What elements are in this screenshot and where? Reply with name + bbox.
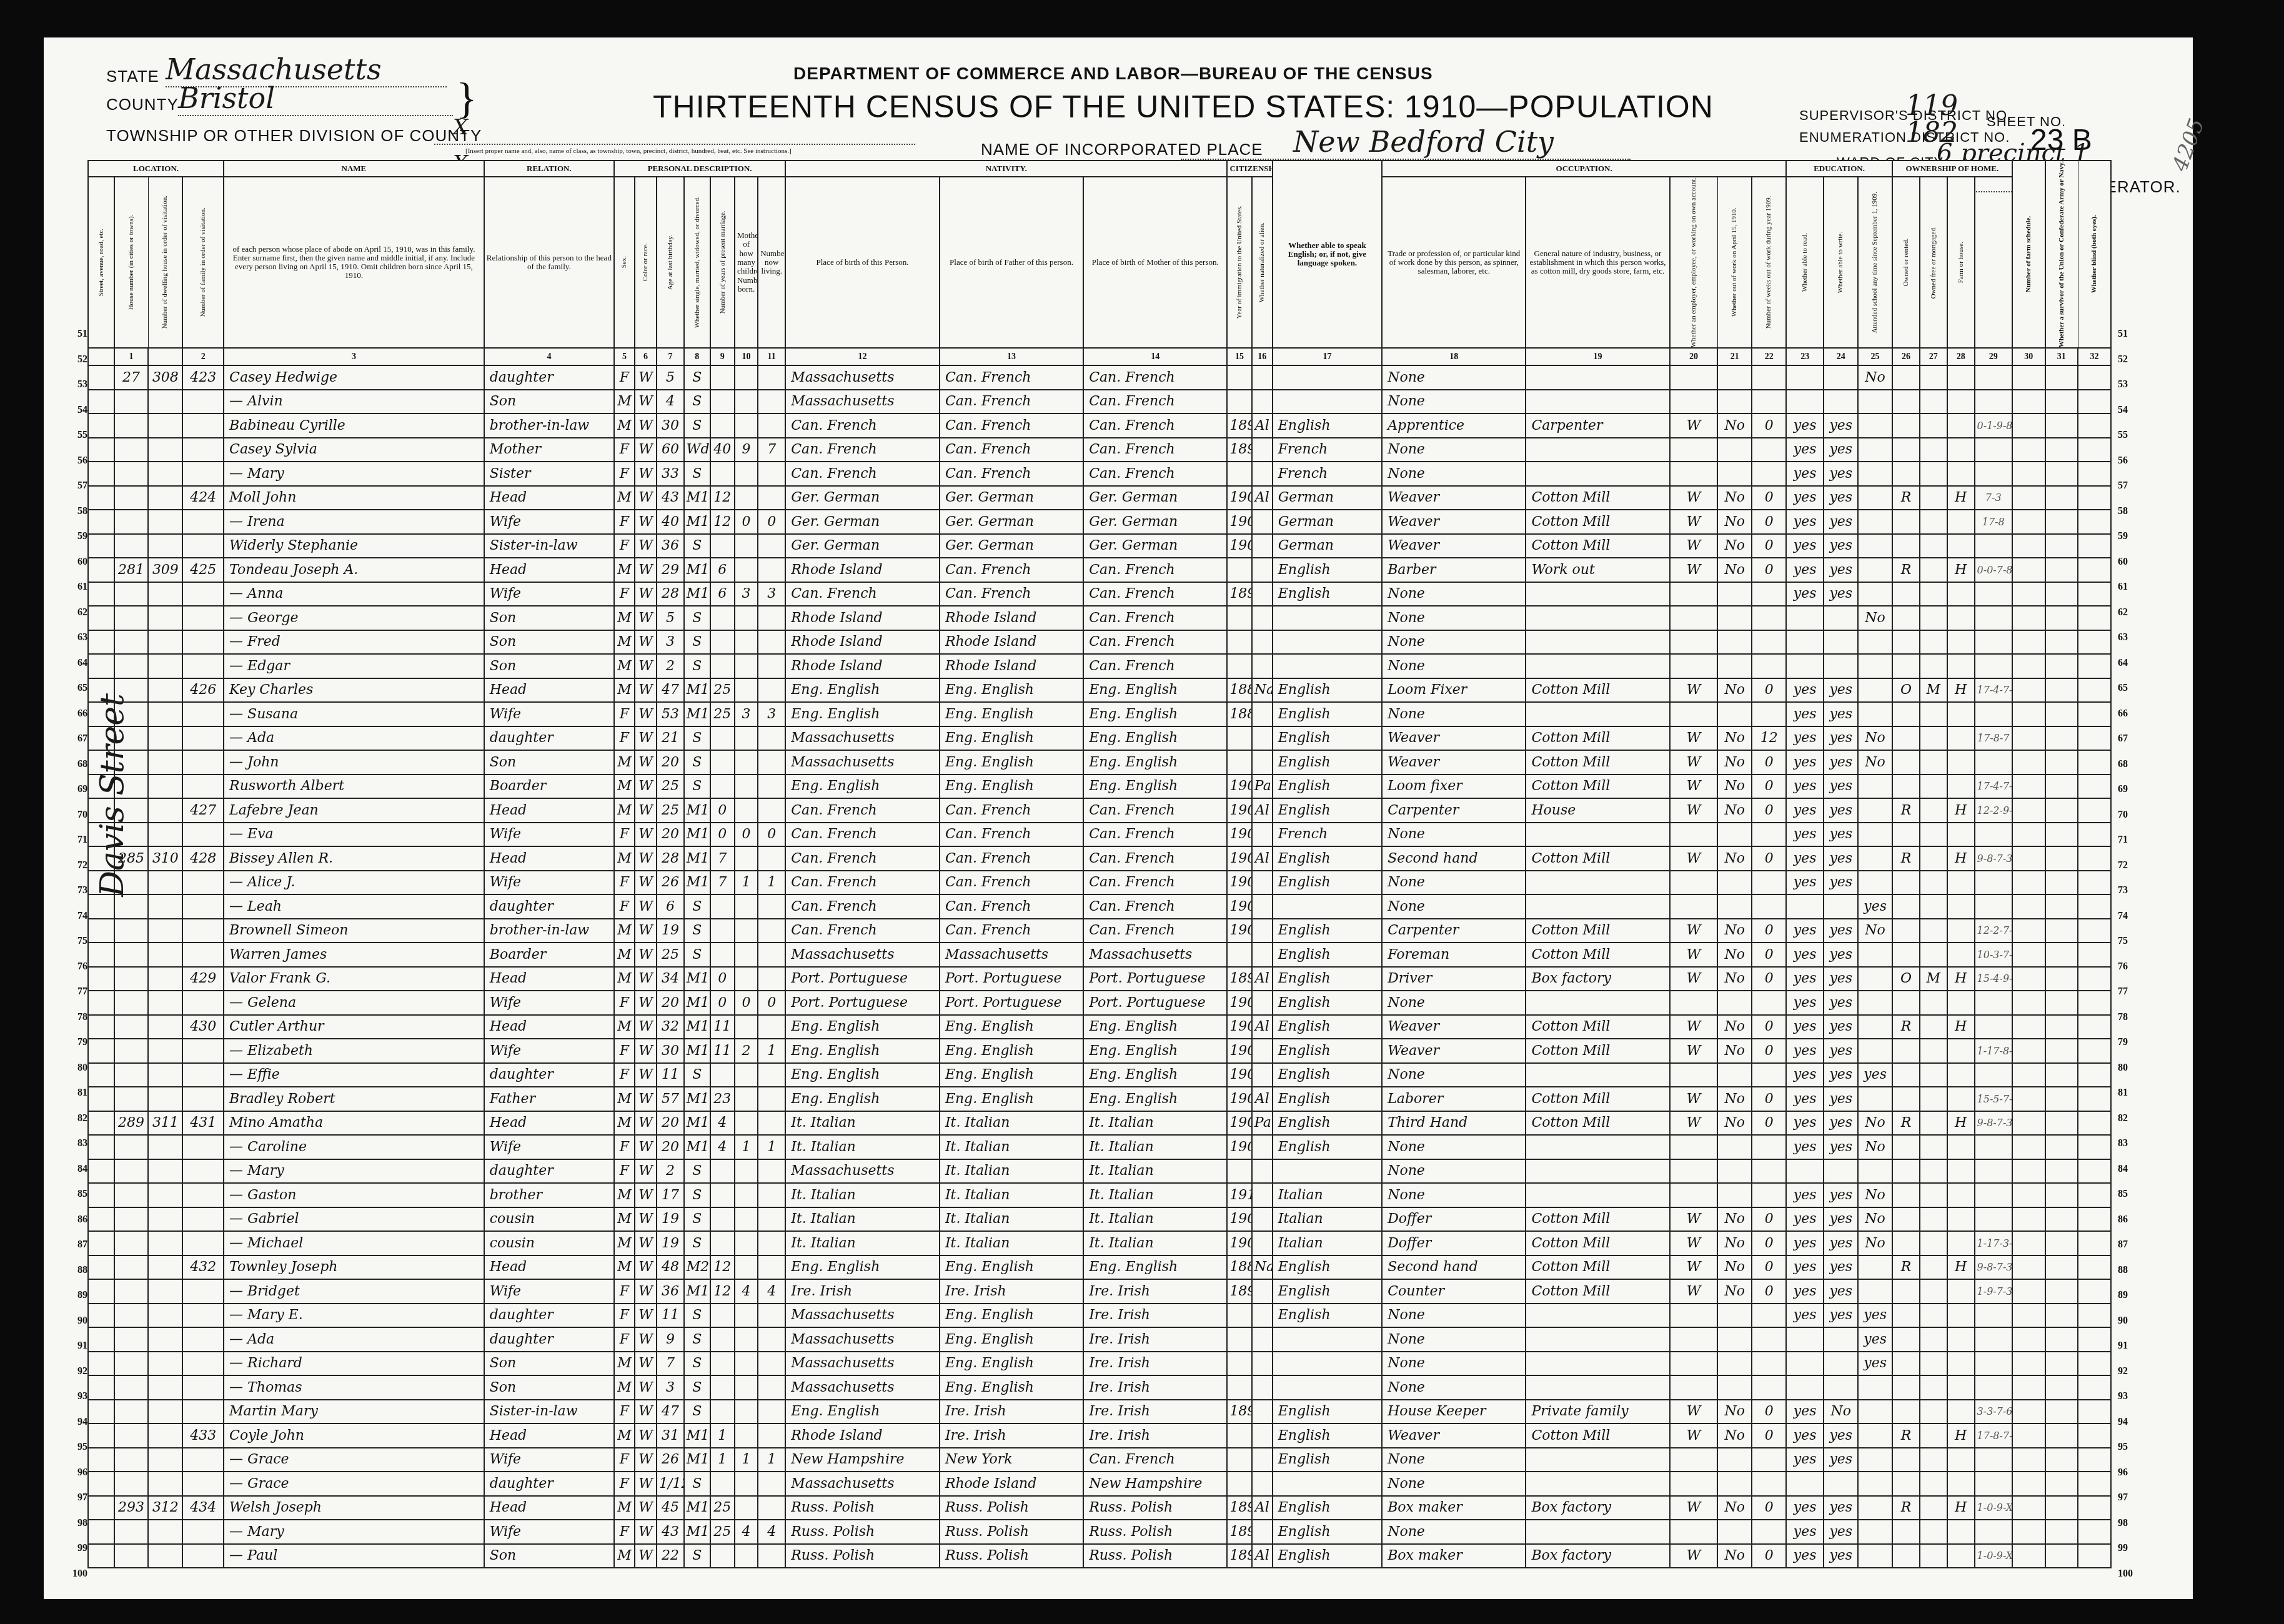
cell-imm: 1908 <box>1227 1039 1251 1063</box>
cell-farm <box>1947 1279 1975 1304</box>
cell-house <box>114 823 149 847</box>
cell-empty <box>88 1207 114 1232</box>
cell-lang: French <box>1273 823 1382 847</box>
cell-yrs <box>710 462 735 486</box>
cell-relation: Head <box>484 1111 614 1136</box>
cell-nat: Al <box>1252 1015 1273 1039</box>
cell-yrs: 1 <box>710 1423 735 1448</box>
cell-race: W <box>635 1231 657 1255</box>
line-number-right: 55 <box>2118 430 2143 441</box>
cell-empty <box>2012 1111 2045 1136</box>
cell-school <box>1858 823 1892 847</box>
cell-empty <box>2078 1304 2111 1328</box>
cell-empty <box>88 702 114 726</box>
line-number-right: 100 <box>2118 1568 2143 1580</box>
cell-family <box>182 1375 224 1400</box>
cell-relation: Son <box>484 1544 614 1568</box>
cell-race: W <box>635 654 657 678</box>
cell-pob_f: Eng. English <box>940 1304 1083 1328</box>
line-number-right: 52 <box>2118 354 2143 365</box>
cell-empty <box>88 846 114 871</box>
cell-mort <box>1920 798 1947 823</box>
state-label: STATE <box>106 67 159 86</box>
cell-sex: F <box>614 462 635 486</box>
cell-age: 17 <box>657 1183 684 1207</box>
cell-read: yes <box>1786 1111 1824 1136</box>
column-number: 2 <box>182 348 224 365</box>
cell-oow <box>1717 1063 1752 1087</box>
cell-name: Coyle John <box>224 1423 484 1448</box>
cell-born: 1 <box>735 871 758 895</box>
cell-empty <box>2012 654 2045 678</box>
cell-oow <box>1717 606 1752 630</box>
cell-empty <box>2078 967 2111 991</box>
cell-nat <box>1252 943 1273 967</box>
cell-sex: M <box>614 943 635 967</box>
cell-pob_m: Eng. English <box>1083 1015 1227 1039</box>
cell-trade: Box maker <box>1382 1544 1526 1568</box>
cell-empty <box>2012 702 2045 726</box>
cell-industry: Carpenter <box>1526 413 1669 438</box>
cell-pob_m: Can. French <box>1083 823 1227 847</box>
cell-pob_f: It. Italian <box>940 1207 1083 1232</box>
cell-empty <box>2078 943 2111 967</box>
cell-pob_f: Russ. Polish <box>940 1544 1083 1568</box>
cell-own <box>1892 1352 1920 1376</box>
cell-race: W <box>635 823 657 847</box>
cell-oow: No <box>1717 846 1752 871</box>
cell-nat <box>1252 1207 1273 1232</box>
cell-codes <box>1975 702 2012 726</box>
cell-empty <box>88 1231 114 1255</box>
cell-name: — Alvin <box>224 390 484 414</box>
column-number: 12 <box>785 348 940 365</box>
cell-nat: Al <box>1252 486 1273 510</box>
cell-age: 11 <box>657 1063 684 1087</box>
cell-trade: None <box>1382 654 1526 678</box>
cell-pob_f: New York <box>940 1448 1083 1472</box>
cell-pob: Eng. English <box>785 1039 940 1063</box>
cell-living <box>758 1423 785 1448</box>
cell-house <box>114 702 149 726</box>
cell-marital: M1 <box>684 510 710 534</box>
cell-read: yes <box>1786 413 1824 438</box>
cell-relation: Wife <box>484 1448 614 1472</box>
cell-age: 29 <box>657 558 684 582</box>
cell-race: W <box>635 534 657 558</box>
cell-living <box>758 678 785 703</box>
cell-pob_m: Can. French <box>1083 1448 1227 1472</box>
line-number-right: 80 <box>2118 1062 2143 1074</box>
cell-house <box>114 1448 149 1472</box>
cell-marital: M1 <box>684 967 710 991</box>
cell-nat <box>1252 630 1273 655</box>
cell-emp <box>1670 1304 1718 1328</box>
cell-empty <box>2078 1544 2111 1568</box>
cell-pob_f: Eng. English <box>940 702 1083 726</box>
cell-trade: Loom fixer <box>1382 775 1526 799</box>
cell-wks <box>1752 1135 1786 1159</box>
cell-empty <box>88 750 114 775</box>
cell-pob: Massachusetts <box>785 1352 940 1376</box>
cell-yrs: 1 <box>710 1448 735 1472</box>
cell-read <box>1786 390 1824 414</box>
cell-yrs: 23 <box>710 1087 735 1111</box>
cell-empty <box>2078 823 2111 847</box>
cell-write <box>1824 1472 1858 1496</box>
group-header-row: LOCATION. NAME RELATION. PERSONAL DESCRI… <box>88 161 2111 177</box>
cell-pob_m: Eng. English <box>1083 750 1227 775</box>
cell-race: W <box>635 846 657 871</box>
cell-empty <box>2012 365 2045 390</box>
cell-name: — Irena <box>224 510 484 534</box>
cell-mort <box>1920 1448 1947 1472</box>
cell-age: 1/12 <box>657 1472 684 1496</box>
cell-wks <box>1752 1352 1786 1376</box>
census-row: 426Key CharlesHeadMW47M125Eng. EnglishEn… <box>88 678 2111 703</box>
cell-pob_f: It. Italian <box>940 1183 1083 1207</box>
cell-industry: Cotton Mill <box>1526 1039 1669 1063</box>
cell-relation: Head <box>484 846 614 871</box>
cell-pob_m: Can. French <box>1083 606 1227 630</box>
cell-race: W <box>635 1544 657 1568</box>
column-label: Whether an employer, employee, or workin… <box>1670 177 1718 348</box>
cell-nat <box>1252 462 1273 486</box>
cell-own <box>1892 1207 1920 1232</box>
cell-imm: 1906 <box>1227 871 1251 895</box>
cell-emp <box>1670 1448 1718 1472</box>
cell-own <box>1892 1183 1920 1207</box>
cell-codes: 17-8 <box>1975 510 2012 534</box>
cell-relation: Boarder <box>484 943 614 967</box>
cell-farm <box>1947 894 1975 919</box>
cell-living <box>758 390 785 414</box>
cell-oow: No <box>1717 943 1752 967</box>
cell-yrs <box>710 1544 735 1568</box>
cell-read: yes <box>1786 486 1824 510</box>
cell-yrs: 12 <box>710 1279 735 1304</box>
cell-yrs <box>710 1352 735 1376</box>
cell-race: W <box>635 558 657 582</box>
cell-emp: W <box>1670 775 1718 799</box>
cell-empty <box>2078 1231 2111 1255</box>
cell-wks <box>1752 1327 1786 1352</box>
cell-pob_f: Russ. Polish <box>940 1520 1083 1544</box>
cell-mort <box>1920 750 1947 775</box>
cell-farm <box>1947 438 1975 462</box>
cell-industry: Box factory <box>1526 1496 1669 1520</box>
cell-dwelling <box>148 750 182 775</box>
cell-pob: It. Italian <box>785 1231 940 1255</box>
cell-family <box>182 894 224 919</box>
cell-school <box>1858 582 1892 607</box>
cell-pob: Eng. English <box>785 678 940 703</box>
cell-own <box>1892 1063 1920 1087</box>
column-number: 19 <box>1526 348 1669 365</box>
cell-pob: Can. French <box>785 798 940 823</box>
cell-school: yes <box>1858 1063 1892 1087</box>
cell-pob: Massachusetts <box>785 1159 940 1184</box>
cell-dwelling <box>148 390 182 414</box>
cell-empty <box>2045 678 2078 703</box>
cell-school <box>1858 1400 1892 1424</box>
cell-empty <box>2078 678 2111 703</box>
cell-pob: Massachusetts <box>785 390 940 414</box>
cell-empty <box>2078 1207 2111 1232</box>
cell-empty <box>2012 726 2045 751</box>
census-row: — RichardSonMW7SMassachusettsEng. Englis… <box>88 1352 2111 1376</box>
cell-pob_m: It. Italian <box>1083 1159 1227 1184</box>
cell-living <box>758 413 785 438</box>
cell-trade: None <box>1382 365 1526 390</box>
cell-trade: None <box>1382 702 1526 726</box>
cell-empty <box>88 606 114 630</box>
cell-dwelling <box>148 967 182 991</box>
cell-pob: Russ. Polish <box>785 1544 940 1568</box>
cell-born <box>735 1375 758 1400</box>
cell-family: 424 <box>182 486 224 510</box>
cell-empty <box>2012 606 2045 630</box>
cell-wks: 0 <box>1752 1544 1786 1568</box>
cell-born <box>735 919 758 943</box>
cell-mort <box>1920 438 1947 462</box>
cell-relation: Head <box>484 1496 614 1520</box>
cell-read <box>1786 1327 1824 1352</box>
cell-codes: 9-8-7-3 <box>1975 846 2012 871</box>
cell-name: — George <box>224 606 484 630</box>
cell-write: yes <box>1824 1015 1858 1039</box>
census-row: 289311431Mino AmathaHeadMW20M14It. Itali… <box>88 1111 2111 1136</box>
cell-race: W <box>635 1352 657 1376</box>
cell-empty <box>2012 1472 2045 1496</box>
cell-own: R <box>1892 558 1920 582</box>
cell-relation: Mother <box>484 438 614 462</box>
cell-sex: F <box>614 702 635 726</box>
cell-empty <box>2078 1159 2111 1184</box>
cell-relation: Wife <box>484 1279 614 1304</box>
cell-family <box>182 775 224 799</box>
cell-yrs <box>710 534 735 558</box>
cell-wks <box>1752 654 1786 678</box>
cell-write: No <box>1824 1400 1858 1424</box>
cell-industry <box>1526 894 1669 919</box>
cell-name: — Caroline <box>224 1135 484 1159</box>
cell-imm: 1893 <box>1227 1496 1251 1520</box>
cell-mort <box>1920 1352 1947 1376</box>
cell-sex: F <box>614 1304 635 1328</box>
cell-dwelling: 311 <box>148 1111 182 1136</box>
cell-imm: 1909 <box>1227 1207 1251 1232</box>
cell-pob_f: Rhode Island <box>940 1472 1083 1496</box>
cell-lang: English <box>1273 919 1382 943</box>
cell-empty <box>2012 534 2045 558</box>
cell-codes: 1-17-3-7 <box>1975 1231 2012 1255</box>
cell-imm: 1908 <box>1227 1063 1251 1087</box>
cell-age: 57 <box>657 1087 684 1111</box>
cell-school <box>1858 1423 1892 1448</box>
cell-lang: English <box>1273 1423 1382 1448</box>
cell-race: W <box>635 943 657 967</box>
cell-own <box>1892 702 1920 726</box>
cell-sex: M <box>614 1015 635 1039</box>
cell-imm <box>1227 654 1251 678</box>
cell-lang: English <box>1273 1448 1382 1472</box>
cell-farm: H <box>1947 558 1975 582</box>
cell-trade: None <box>1382 1135 1526 1159</box>
column-number: 5 <box>614 348 635 365</box>
cell-pob_m: Can. French <box>1083 365 1227 390</box>
cell-pob: It. Italian <box>785 1183 940 1207</box>
census-row: 430Cutler ArthurHeadMW32M111Eng. English… <box>88 1015 2111 1039</box>
column-number: 27 <box>1920 348 1947 365</box>
cell-pob_m: Ire. Irish <box>1083 1400 1227 1424</box>
cell-write: yes <box>1824 702 1858 726</box>
column-number <box>88 348 114 365</box>
cell-relation: brother-in-law <box>484 413 614 438</box>
column-number: 20 <box>1670 348 1718 365</box>
cell-wks: 0 <box>1752 1111 1786 1136</box>
cell-dwelling <box>148 823 182 847</box>
cell-yrs <box>710 365 735 390</box>
cell-age: 3 <box>657 630 684 655</box>
cell-empty <box>2078 1375 2111 1400</box>
cell-farm: H <box>1947 1255 1975 1280</box>
cell-marital: M1 <box>684 486 710 510</box>
cell-born: 0 <box>735 510 758 534</box>
cell-trade: None <box>1382 1183 1526 1207</box>
cell-yrs: 0 <box>710 967 735 991</box>
cell-marital: M1 <box>684 1087 710 1111</box>
cell-write: yes <box>1824 1135 1858 1159</box>
cell-born <box>735 1327 758 1352</box>
cell-yrs <box>710 413 735 438</box>
cell-pob_f: Can. French <box>940 462 1083 486</box>
cell-read: yes <box>1786 750 1824 775</box>
cell-trade: None <box>1382 871 1526 895</box>
cell-age: 20 <box>657 1111 684 1136</box>
cell-emp: W <box>1670 726 1718 751</box>
cell-pob: Rhode Island <box>785 1423 940 1448</box>
cell-emp <box>1670 606 1718 630</box>
column-label: Attended school any time since September… <box>1858 177 1892 348</box>
cell-empty <box>88 390 114 414</box>
cell-farm <box>1947 1472 1975 1496</box>
cell-house <box>114 390 149 414</box>
cell-dwelling: 309 <box>148 558 182 582</box>
cell-empty <box>2045 1207 2078 1232</box>
cell-name: — Mary <box>224 1159 484 1184</box>
cell-empty <box>2078 1015 2111 1039</box>
cell-emp: W <box>1670 1279 1718 1304</box>
cell-age: 20 <box>657 750 684 775</box>
census-row: — MaryWifeFW43M12544Russ. PolishRuss. Po… <box>88 1520 2111 1544</box>
cell-own <box>1892 390 1920 414</box>
cell-read: yes <box>1786 775 1824 799</box>
cell-relation: Head <box>484 967 614 991</box>
cell-nat <box>1252 438 1273 462</box>
cell-nat <box>1252 1448 1273 1472</box>
cell-wks: 12 <box>1752 726 1786 751</box>
cell-mort <box>1920 1544 1947 1568</box>
cell-school <box>1858 943 1892 967</box>
cell-farm <box>1947 823 1975 847</box>
cell-codes: 10-3-7-3 <box>1975 943 2012 967</box>
cell-codes: 17-8-7-3 <box>1975 1423 2012 1448</box>
cell-own <box>1892 1448 1920 1472</box>
cell-relation: Head <box>484 1423 614 1448</box>
cell-empty <box>2045 1472 2078 1496</box>
cell-read: yes <box>1786 1135 1824 1159</box>
cell-lang: English <box>1273 1496 1382 1520</box>
cell-sex: F <box>614 823 635 847</box>
cell-born <box>735 1183 758 1207</box>
cell-mort <box>1920 991 1947 1015</box>
line-number: 57 <box>62 480 87 492</box>
cell-write: yes <box>1824 1520 1858 1544</box>
cell-living: 3 <box>758 702 785 726</box>
cell-yrs <box>710 1327 735 1352</box>
line-number: 70 <box>62 810 87 821</box>
cell-emp <box>1670 390 1718 414</box>
line-number-right: 75 <box>2118 936 2143 947</box>
cell-empty <box>2045 606 2078 630</box>
cell-write: yes <box>1824 967 1858 991</box>
cell-name: — Susana <box>224 702 484 726</box>
line-number: 78 <box>62 1012 87 1023</box>
cell-mort: M <box>1920 967 1947 991</box>
cell-race: W <box>635 1207 657 1232</box>
cell-age: 28 <box>657 582 684 607</box>
cell-codes: 9-8-7-3 <box>1975 1255 2012 1280</box>
line-number-right: 79 <box>2118 1037 2143 1048</box>
cell-industry <box>1526 606 1669 630</box>
cell-farm <box>1947 1207 1975 1232</box>
cell-sex: M <box>614 1183 635 1207</box>
column-number: 24 <box>1824 348 1858 365</box>
cell-trade: None <box>1382 1304 1526 1328</box>
cell-write: yes <box>1824 1231 1858 1255</box>
cell-sex: F <box>614 1472 635 1496</box>
cell-dwelling <box>148 894 182 919</box>
census-row: 293312434Welsh JosephHeadMW45M125Russ. P… <box>88 1496 2111 1520</box>
cell-emp <box>1670 654 1718 678</box>
cell-empty <box>2012 558 2045 582</box>
cell-empty <box>2012 1423 2045 1448</box>
cell-empty <box>2045 1279 2078 1304</box>
cell-yrs <box>710 390 735 414</box>
cell-empty <box>2078 390 2111 414</box>
census-row: Bradley RobertFatherMW57M123Eng. English… <box>88 1087 2111 1111</box>
cell-wks: 0 <box>1752 1279 1786 1304</box>
cell-read: yes <box>1786 438 1824 462</box>
cell-empty <box>2078 1087 2111 1111</box>
census-row: Rusworth AlbertBoarderMW25SEng. EnglishE… <box>88 775 2111 799</box>
cell-industry: Cotton Mill <box>1526 1207 1669 1232</box>
cell-pob_m: It. Italian <box>1083 1135 1227 1159</box>
cell-write: yes <box>1824 582 1858 607</box>
cell-codes <box>1975 438 2012 462</box>
cell-marital: M1 <box>684 798 710 823</box>
cell-name: Townley Joseph <box>224 1255 484 1280</box>
cell-pob_f: Can. French <box>940 871 1083 895</box>
cell-read: yes <box>1786 1231 1824 1255</box>
cell-living <box>758 462 785 486</box>
cell-school <box>1858 390 1892 414</box>
cell-living <box>758 726 785 751</box>
cell-empty <box>88 991 114 1015</box>
cell-school: No <box>1858 1231 1892 1255</box>
cell-industry <box>1526 1183 1669 1207</box>
